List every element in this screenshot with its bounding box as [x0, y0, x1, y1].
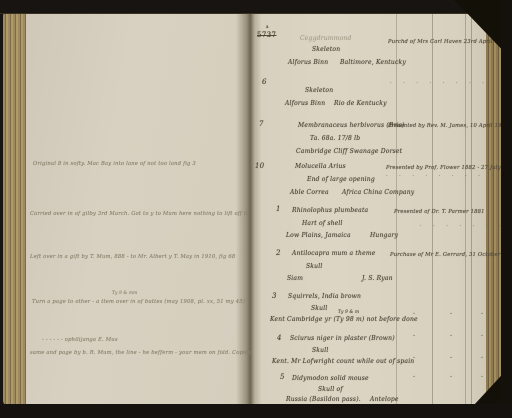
entry-line: Skull [306, 264, 322, 270]
entry-line: Antelope [370, 397, 399, 403]
entry-line: Low Plains, Jamaica [286, 233, 351, 239]
entry-number: 7 [259, 121, 264, 128]
entry-number: 10 [255, 163, 264, 170]
annotation-line: Left over in a gift by T. Mum, 888 - to … [30, 255, 235, 260]
entry-line: Kent. Mr Lofwright count while out of sp… [272, 359, 414, 365]
acquisition-note: Presented by Rev. M. James, 10 April 190… [388, 124, 509, 129]
ditto-mark: - [450, 311, 452, 317]
entry-line: End of large opening [307, 177, 375, 183]
entry-line: Hungary [370, 233, 398, 239]
ditto-marks: . . . . . . . . . . [420, 223, 512, 228]
entry-number: 4 [277, 335, 282, 342]
annotation-superscript: Ty 9 & mm [112, 291, 137, 295]
book-spine-gutter [236, 13, 262, 405]
ditto-marks: . . . . . . . . . . [390, 80, 512, 85]
annotation-line: Turn a page to other - a ttem over in of… [32, 300, 245, 305]
ditto-mark: - [450, 333, 452, 339]
entry-line: Skull of [318, 387, 343, 393]
entry-line: Alforus Binn [285, 101, 325, 107]
ditto-mark: - [413, 311, 415, 317]
ditto-mark: - [481, 374, 483, 380]
entry-line: Molucella Arius [295, 164, 346, 170]
entry-number: 5 [280, 374, 285, 381]
acquisition-note: Purchase of Mr E. Gerrard, 31 October 18… [390, 253, 512, 258]
folio-superscript: a [266, 25, 269, 29]
entry-line: Africa China Company [342, 190, 414, 196]
entry-number: 1 [276, 206, 281, 213]
photo-border-bottom [0, 404, 512, 418]
entry-number: 6 [262, 79, 267, 86]
ditto-marks: . . . . . . . . . . [386, 173, 511, 178]
photo-border-top [0, 0, 512, 14]
ditto-mark: - [450, 355, 452, 361]
annotation-line: Carried over in of gilby 3rd March. Got … [30, 212, 248, 217]
entry-line: Squirrels, India brown [288, 294, 361, 300]
entry-line: Antilocapra mum a theme [292, 251, 376, 257]
photo-border-right [501, 0, 512, 418]
acquisition-note: Purchd of Mrs Carl Haven 23rd April 1891… [388, 40, 510, 45]
entry-heading-faint: Ceggdrummond [300, 36, 352, 42]
ditto-mark: - [413, 374, 415, 380]
annotation-line: - - - - - - ophilijanga E. Mus [42, 338, 118, 343]
entry-line: Ta. 68a. 17/8 lb [310, 136, 360, 142]
entry-line: Skull [311, 306, 327, 312]
ditto-mark: - [481, 311, 483, 317]
entry-line: Skeleton [312, 47, 340, 53]
ditto-mark: - [481, 355, 483, 361]
entry-line: Kent Cambridge yr (Ty 98 m) not before d… [270, 317, 418, 323]
page-edge-left [3, 12, 27, 405]
entry-line: J. S. Ryan [362, 276, 393, 282]
acquisition-note: Presented of Dr. T. Parmer 1881 [394, 210, 485, 215]
entry-line: Didymodon solid mouse [292, 376, 369, 382]
folio-number: 5737 [257, 32, 276, 39]
entry-line: Skull [312, 348, 328, 354]
ditto-mark: - [481, 333, 483, 339]
ditto-mark: - [413, 355, 415, 361]
entry-number: 3 [272, 293, 277, 300]
entry-line: Siam [287, 276, 303, 282]
acquisition-note: Presented by Prof. Flower 1882 - 27 July… [386, 166, 510, 171]
entry-line: Hart of shell [302, 221, 343, 227]
ditto-mark: - [413, 333, 415, 339]
entry-line: Baltimore, Kentucky [340, 60, 406, 66]
entry-line: Able Correa [290, 190, 329, 196]
left-page [26, 13, 237, 405]
annotation-line: Original 8 in softy. Mac Bay into lane o… [33, 162, 196, 167]
entry-number: 2 [276, 250, 281, 257]
entry-line: Rhinolophus plumbeata [292, 208, 368, 214]
ditto-mark: - [450, 374, 452, 380]
entry-line: Sciurus niger in plaster (Brown) [290, 336, 395, 342]
register-photo: Original 8 in softy. Mac Bay into lane o… [0, 0, 512, 418]
entry-line: Cambridge Cliff Swanage Dorset [296, 149, 402, 155]
annotation-line: same and page by b. R. Mum, the line - h… [30, 351, 251, 356]
entry-line: Rio de Kentucky [334, 101, 387, 107]
entry-superscript: Ty 9 & m [338, 310, 359, 314]
entry-line: Alforus Binn [288, 60, 328, 66]
entry-line: Skeleton [305, 88, 333, 94]
entry-line: Russia (Basildon pass). [286, 397, 361, 403]
